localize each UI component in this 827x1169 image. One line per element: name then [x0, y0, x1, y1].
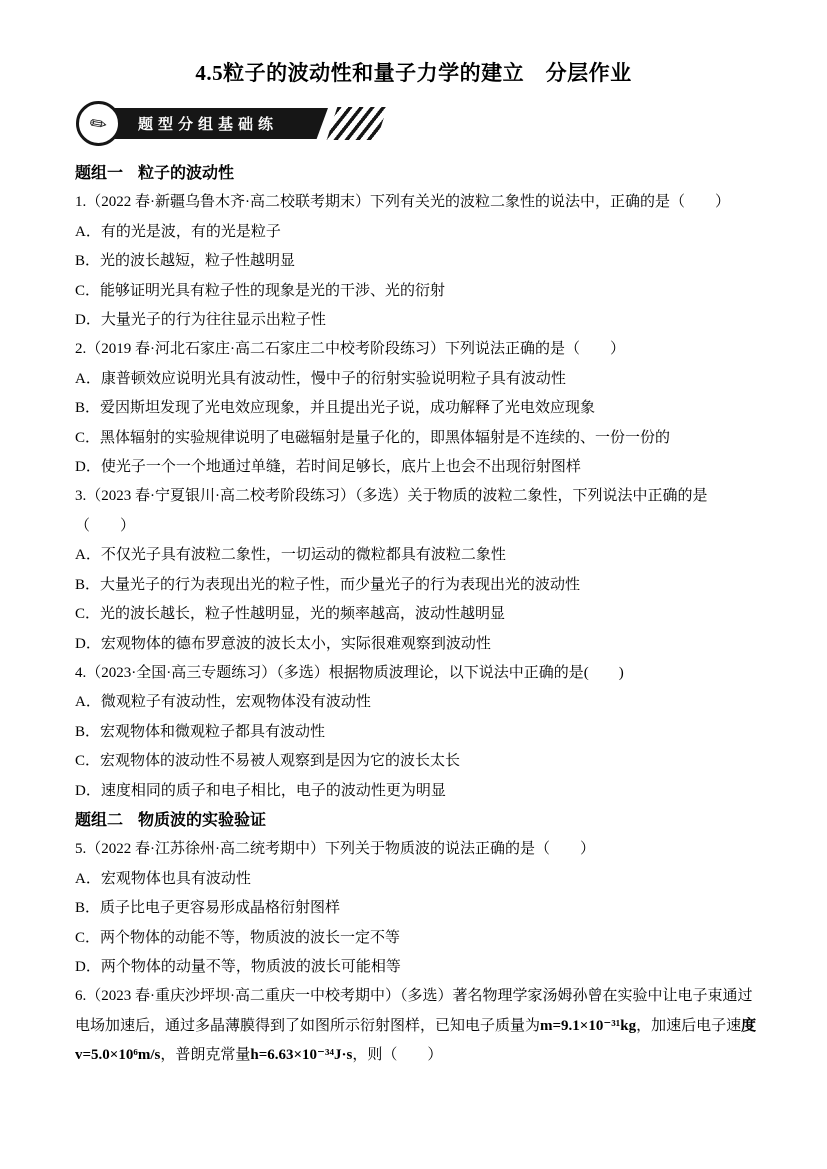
option-text: 两个物体的动量不等，物质波的波长可能相等 — [101, 959, 401, 975]
question-3-option-c: C．光的波长越长，粒子性越明显，光的频率越高，波动性越明显 — [75, 600, 757, 629]
option-label: B． — [75, 400, 100, 416]
electron-mass-formula: m=9.1×10⁻³¹kg — [540, 1018, 636, 1034]
planck-constant-formula: h=6.63×10⁻³⁴J·s — [250, 1047, 352, 1063]
option-text: 康普顿效应说明光具有波动性，慢中子的衍射实验说明粒子具有波动性 — [101, 371, 566, 387]
question-1-option-d: D．大量光子的行为往往显示出粒子性 — [75, 306, 757, 335]
question-5-option-d: D．两个物体的动量不等，物质波的波长可能相等 — [75, 953, 757, 982]
option-text: 微观粒子有波动性，宏观物体没有波动性 — [101, 694, 371, 710]
option-text: 宏观物体和微观粒子都具有波动性 — [100, 724, 325, 740]
banner-badge: ✎ — [76, 101, 121, 146]
group-heading-1: 题组一粒子的波动性 — [75, 159, 757, 188]
option-label: A． — [75, 871, 101, 887]
option-text: 黑体辐射的实验规律说明了电磁辐射是量子化的，即黑体辐射是不连续的、一份一份的 — [100, 430, 670, 446]
stem-text: ，则（ ） — [352, 1047, 442, 1063]
question-1-option-b: B．光的波长越短，粒子性越明显 — [75, 247, 757, 276]
question-4-option-c: C．宏观物体的波动性不易被人观察到是因为它的波长太长 — [75, 747, 757, 776]
banner-label: 题型分组基础练 — [100, 108, 328, 139]
option-text: 光的波长越长，粒子性越明显，光的频率越高，波动性越明显 — [100, 606, 505, 622]
question-1-stem: 1.（2022 春·新疆乌鲁木齐·高二校联考期末）下列有关光的波粒二象性的说法中… — [75, 188, 757, 217]
question-5-option-b: B．质子比电子更容易形成晶格衍射图样 — [75, 894, 757, 923]
option-text: 不仅光子具有波粒二象性，一切运动的微粒都具有波粒二象性 — [101, 547, 506, 563]
page-title: 4.5粒子的波动性和量子力学的建立 分层作业 — [0, 0, 827, 87]
option-label: A． — [75, 547, 101, 563]
option-text: 宏观物体的德布罗意波的波长太小，实际很难观察到波动性 — [101, 636, 491, 652]
question-1-option-c: C．能够证明光具有粒子性的现象是光的干涉、光的衍射 — [75, 277, 757, 306]
stem-text: 3.（2023 春·宁夏银川·高二校考阶段练习）（多选）关于物质的波粒二象性，下… — [75, 488, 723, 533]
stem-text: 5.（2022 春·江苏徐州·高二统考期中）下列关于物质波的说法正确的是（ ） — [75, 841, 595, 857]
option-label: B． — [75, 724, 100, 740]
group-heading-2: 题组二物质波的实验验证 — [75, 806, 757, 835]
question-3-option-a: A．不仅光子具有波粒二象性，一切运动的微粒都具有波粒二象性 — [75, 541, 757, 570]
question-2-option-b: B．爱因斯坦发现了光电效应现象，并且提出光子说，成功解释了光电效应现象 — [75, 394, 757, 423]
option-text: 大量光子的行为表现出光的粒子性，而少量光子的行为表现出光的波动性 — [100, 577, 580, 593]
question-2-option-d: D．使光子一个一个地通过单缝，若时间足够长，底片上也会不出现衍射图样 — [75, 453, 757, 482]
option-label: A． — [75, 371, 101, 387]
group-title: 物质波的实验验证 — [138, 812, 266, 829]
option-label: D． — [75, 312, 101, 328]
question-1-option-a: A．有的光是波，有的光是粒子 — [75, 218, 757, 247]
question-5: 5.（2022 春·江苏徐州·高二统考期中）下列关于物质波的说法正确的是（ ） … — [75, 835, 757, 982]
question-4-option-d: D．速度相同的质子和电子相比，电子的波动性更为明显 — [75, 777, 757, 806]
option-label: D． — [75, 636, 101, 652]
question-5-option-a: A．宏观物体也具有波动性 — [75, 865, 757, 894]
option-label: B． — [75, 900, 100, 916]
option-text: 两个物体的动能不等，物质波的波长一定不等 — [100, 930, 400, 946]
pen-badge-icon: ✎ — [85, 109, 112, 138]
question-3-option-d: D．宏观物体的德布罗意波的波长太小，实际很难观察到波动性 — [75, 630, 757, 659]
option-label: C． — [75, 430, 100, 446]
banner-stripes-decoration — [327, 107, 388, 140]
question-3: 3.（2023 春·宁夏银川·高二校考阶段练习）（多选）关于物质的波粒二象性，下… — [75, 482, 757, 658]
question-4-stem: 4.（2023·全国·高三专题练习）（多选）根据物质波理论，以下说法中正确的是(… — [75, 659, 757, 688]
option-label: B． — [75, 577, 100, 593]
option-text: 光的波长越短，粒子性越明显 — [100, 253, 295, 269]
group-title: 粒子的波动性 — [138, 165, 234, 182]
option-label: C． — [75, 930, 100, 946]
option-text: 有的光是波，有的光是粒子 — [101, 224, 281, 240]
worksheet-page: 4.5粒子的波动性和量子力学的建立 分层作业 ✎ 题型分组基础练 题组一粒子的波… — [0, 0, 827, 1169]
option-text: 能够证明光具有粒子性的现象是光的干涉、光的衍射 — [100, 283, 445, 299]
stem-text: 2.（2019 春·河北石家庄·高二石家庄二中校考阶段练习）下列说法正确的是（ … — [75, 341, 625, 357]
question-4-option-b: B．宏观物体和微观粒子都具有波动性 — [75, 718, 757, 747]
section-banner: ✎ 题型分组基础练 — [76, 100, 827, 150]
question-6-stem: 6.（2023 春·重庆沙坪坝·高二重庆一中校考期中）（多选）著名物理学家汤姆孙… — [75, 982, 757, 1070]
option-text: 宏观物体的波动性不易被人观察到是因为它的波长太长 — [100, 753, 460, 769]
option-label: B． — [75, 253, 100, 269]
option-text: 质子比电子更容易形成晶格衍射图样 — [100, 900, 340, 916]
group-number: 题组二 — [75, 812, 123, 829]
option-label: C． — [75, 606, 100, 622]
question-2-option-c: C．黑体辐射的实验规律说明了电磁辐射是量子化的，即黑体辐射是不连续的、一份一份的 — [75, 424, 757, 453]
stem-text: 4.（2023·全国·高三专题练习）（多选）根据物质波理论，以下说法中正确的是(… — [75, 665, 624, 681]
option-text: 使光子一个一个地通过单缝，若时间足够长，底片上也会不出现衍射图样 — [101, 459, 581, 475]
stem-text: ，普朗克常量 — [160, 1047, 250, 1063]
question-5-stem: 5.（2022 春·江苏徐州·高二统考期中）下列关于物质波的说法正确的是（ ） — [75, 835, 757, 864]
question-3-stem: 3.（2023 春·宁夏银川·高二校考阶段练习）（多选）关于物质的波粒二象性，下… — [75, 482, 757, 541]
option-text: 大量光子的行为往往显示出粒子性 — [101, 312, 326, 328]
option-text: 速度相同的质子和电子相比，电子的波动性更为明显 — [101, 783, 446, 799]
option-text: 爱因斯坦发现了光电效应现象，并且提出光子说，成功解释了光电效应现象 — [100, 400, 595, 416]
option-label: C． — [75, 283, 100, 299]
stem-text: 1.（2022 春·新疆乌鲁木齐·高二校联考期末）下列有关光的波粒二象性的说法中… — [75, 194, 730, 210]
option-label: D． — [75, 783, 101, 799]
worksheet-content: 题组一粒子的波动性 1.（2022 春·新疆乌鲁木齐·高二校联考期末）下列有关光… — [75, 159, 757, 1071]
question-5-option-c: C．两个物体的动能不等，物质波的波长一定不等 — [75, 924, 757, 953]
option-label: A． — [75, 694, 101, 710]
option-label: C． — [75, 753, 100, 769]
question-2-option-a: A．康普顿效应说明光具有波动性，慢中子的衍射实验说明粒子具有波动性 — [75, 365, 757, 394]
option-label: D． — [75, 959, 101, 975]
question-1: 1.（2022 春·新疆乌鲁木齐·高二校联考期末）下列有关光的波粒二象性的说法中… — [75, 188, 757, 335]
group-number: 题组一 — [75, 165, 123, 182]
question-6: 6.（2023 春·重庆沙坪坝·高二重庆一中校考期中）（多选）著名物理学家汤姆孙… — [75, 982, 757, 1070]
option-label: A． — [75, 224, 101, 240]
stem-text: ，加速后电子速 — [636, 1018, 741, 1034]
question-3-option-b: B．大量光子的行为表现出光的粒子性，而少量光子的行为表现出光的波动性 — [75, 571, 757, 600]
question-2: 2.（2019 春·河北石家庄·高二石家庄二中校考阶段练习）下列说法正确的是（ … — [75, 335, 757, 482]
question-4-option-a: A．微观粒子有波动性，宏观物体没有波动性 — [75, 688, 757, 717]
question-4: 4.（2023·全国·高三专题练习）（多选）根据物质波理论，以下说法中正确的是(… — [75, 659, 757, 806]
option-text: 宏观物体也具有波动性 — [101, 871, 251, 887]
option-label: D． — [75, 459, 101, 475]
question-2-stem: 2.（2019 春·河北石家庄·高二石家庄二中校考阶段练习）下列说法正确的是（ … — [75, 335, 757, 364]
